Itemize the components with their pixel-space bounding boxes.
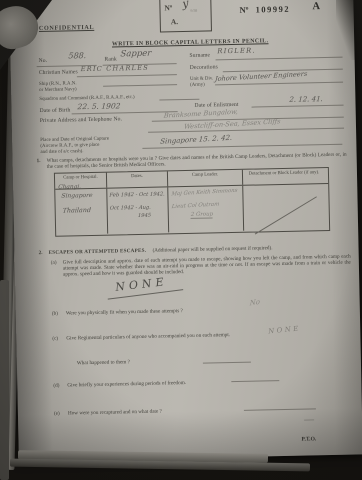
field-christian-names-label: Christian Names [39, 69, 78, 76]
item-c-followup-text: What happened to them ? [77, 359, 130, 366]
corner-letter: A [312, 1, 320, 12]
section1-number: 1. [37, 158, 41, 164]
field-dob-value: 22. 5. 1902 [77, 101, 121, 111]
item-a-text: Give full description and approx. date o… [63, 254, 351, 279]
camps-table: Camp or Hospital. Dates. Camp Leader. De… [54, 167, 330, 237]
answer-line [231, 380, 279, 382]
field-decorations-label: Decorations [190, 64, 218, 71]
item-b-answer: No [250, 298, 260, 308]
table-cell: 1945 [138, 213, 152, 219]
rule-line [159, 99, 199, 101]
field-address-value-line1: Branksome Bungalow, [163, 108, 238, 120]
table-row: Changi, [58, 184, 81, 190]
table-row: Thailand [62, 206, 91, 215]
field-ship-label-line2: or Merchant Navy) [39, 87, 77, 93]
field-christian-names-value: ERIC CHARLES [81, 64, 149, 73]
answer-line [203, 362, 251, 364]
item-c-answer: NONE [268, 325, 301, 336]
item-a-label: (a) [51, 260, 57, 266]
table-cell: Oct 1942 - Aug. [109, 205, 151, 212]
table-cell: Lieut Col Outram [171, 201, 219, 210]
section2-heading-note: (Additional paper will be supplied on re… [152, 245, 272, 254]
field-rank-label: Rank [104, 56, 116, 62]
item-d-text: Give briefly your experiences during per… [67, 380, 186, 389]
camps-table-body: Changi, Singapore Thailand Feb 1942 - Oc… [55, 184, 329, 235]
item-e-text: How were you recaptured and on what date… [68, 409, 162, 417]
table-cell: Feb 1942 - Oct 1942. [109, 191, 165, 198]
block-number-stamp: BLOCK Nº y 9/38 A. [159, 0, 212, 33]
table-row: Singapore [61, 192, 93, 200]
confidential-marking: CONFIDENTIAL [39, 24, 94, 32]
table-cell: Maj Gen Keith Simmons [171, 188, 238, 198]
field-surname-label: Surname [189, 52, 210, 58]
stamp-letter: A. [171, 17, 178, 26]
field-unit-label-line1: Unit & Div. [190, 76, 213, 82]
serial-prefix: Nº [239, 5, 248, 15]
item-c-text: Give Regimental particulars of anyone wh… [66, 332, 230, 342]
rule-line [216, 57, 343, 61]
item-e-label: (e) [54, 411, 60, 417]
field-capture-label-line3: and date of a/c crash). [40, 149, 83, 155]
section2-number: 2. [39, 250, 43, 256]
field-no-label: No. [38, 58, 47, 64]
item-b-text: Were you physically fit when you made th… [66, 308, 183, 317]
none-slash-mark [255, 196, 317, 234]
photo-dark-corner-right [336, 0, 362, 60]
rule-line [77, 74, 177, 77]
stamp-no-label: Nº [164, 3, 172, 12]
rule-line [72, 111, 178, 114]
col-header-dates: Dates. [107, 171, 168, 187]
pto-marking: P.T.O. [301, 436, 316, 442]
dates-column: Feb 1942 - Oct 1942. Oct 1942 - Aug. 194… [107, 187, 169, 233]
rule-line [103, 84, 177, 87]
field-enlistment-value: 2. 12. 41. [289, 95, 323, 104]
rule-line [148, 128, 344, 133]
leader-column: Maj Gen Keith Simmons Lieut Col Outram 2… [168, 186, 244, 233]
field-rank-value: Sapper [120, 49, 152, 60]
col-header-block-leader: Detachment or Block Leader (if any). [243, 168, 325, 185]
stamp-handwritten-mark: y [182, 0, 189, 11]
stray-pencil-mark [304, 419, 314, 420]
field-address-label: Private Address and Telephone No. [40, 116, 122, 124]
field-unit-label-line2: (Army) [190, 83, 205, 89]
block-leader-column [243, 184, 326, 231]
item-d-label: (d) [53, 383, 59, 389]
stamp-small-print: 9/38 [190, 9, 197, 13]
serial-number: 109992 [255, 4, 290, 15]
item-b-label: (b) [52, 311, 58, 317]
item-c-label: (c) [52, 336, 58, 342]
camp-column: Changi, Singapore Thailand [55, 189, 108, 235]
rule-line [252, 105, 344, 108]
rule-line [215, 82, 343, 86]
field-dob-label: Date of Birth [40, 107, 71, 114]
table-cell: 2 Group [191, 211, 214, 218]
field-capture-value: Singapore 15. 2. 42. [160, 134, 233, 146]
document-paper: CONFIDENTIAL BLOCK Nº y 9/38 A. Nº 10999… [9, 0, 362, 462]
field-no-value: 588. [68, 51, 87, 60]
answer-line [244, 408, 316, 411]
section2-heading: ESCAPES OR ATTEMPTED ESCAPES. [49, 248, 147, 256]
photo-canvas: CONFIDENTIAL BLOCK Nº y 9/38 A. Nº 10999… [0, 0, 362, 480]
page-stack-edge [0, 280, 9, 480]
col-header-leader: Camp Leader. [168, 170, 243, 187]
block-capitals-instruction: WRITE IN BLOCK CAPITAL LETTERS IN PENCIL… [88, 38, 292, 48]
field-surname-value: RIGLER. [217, 47, 256, 56]
